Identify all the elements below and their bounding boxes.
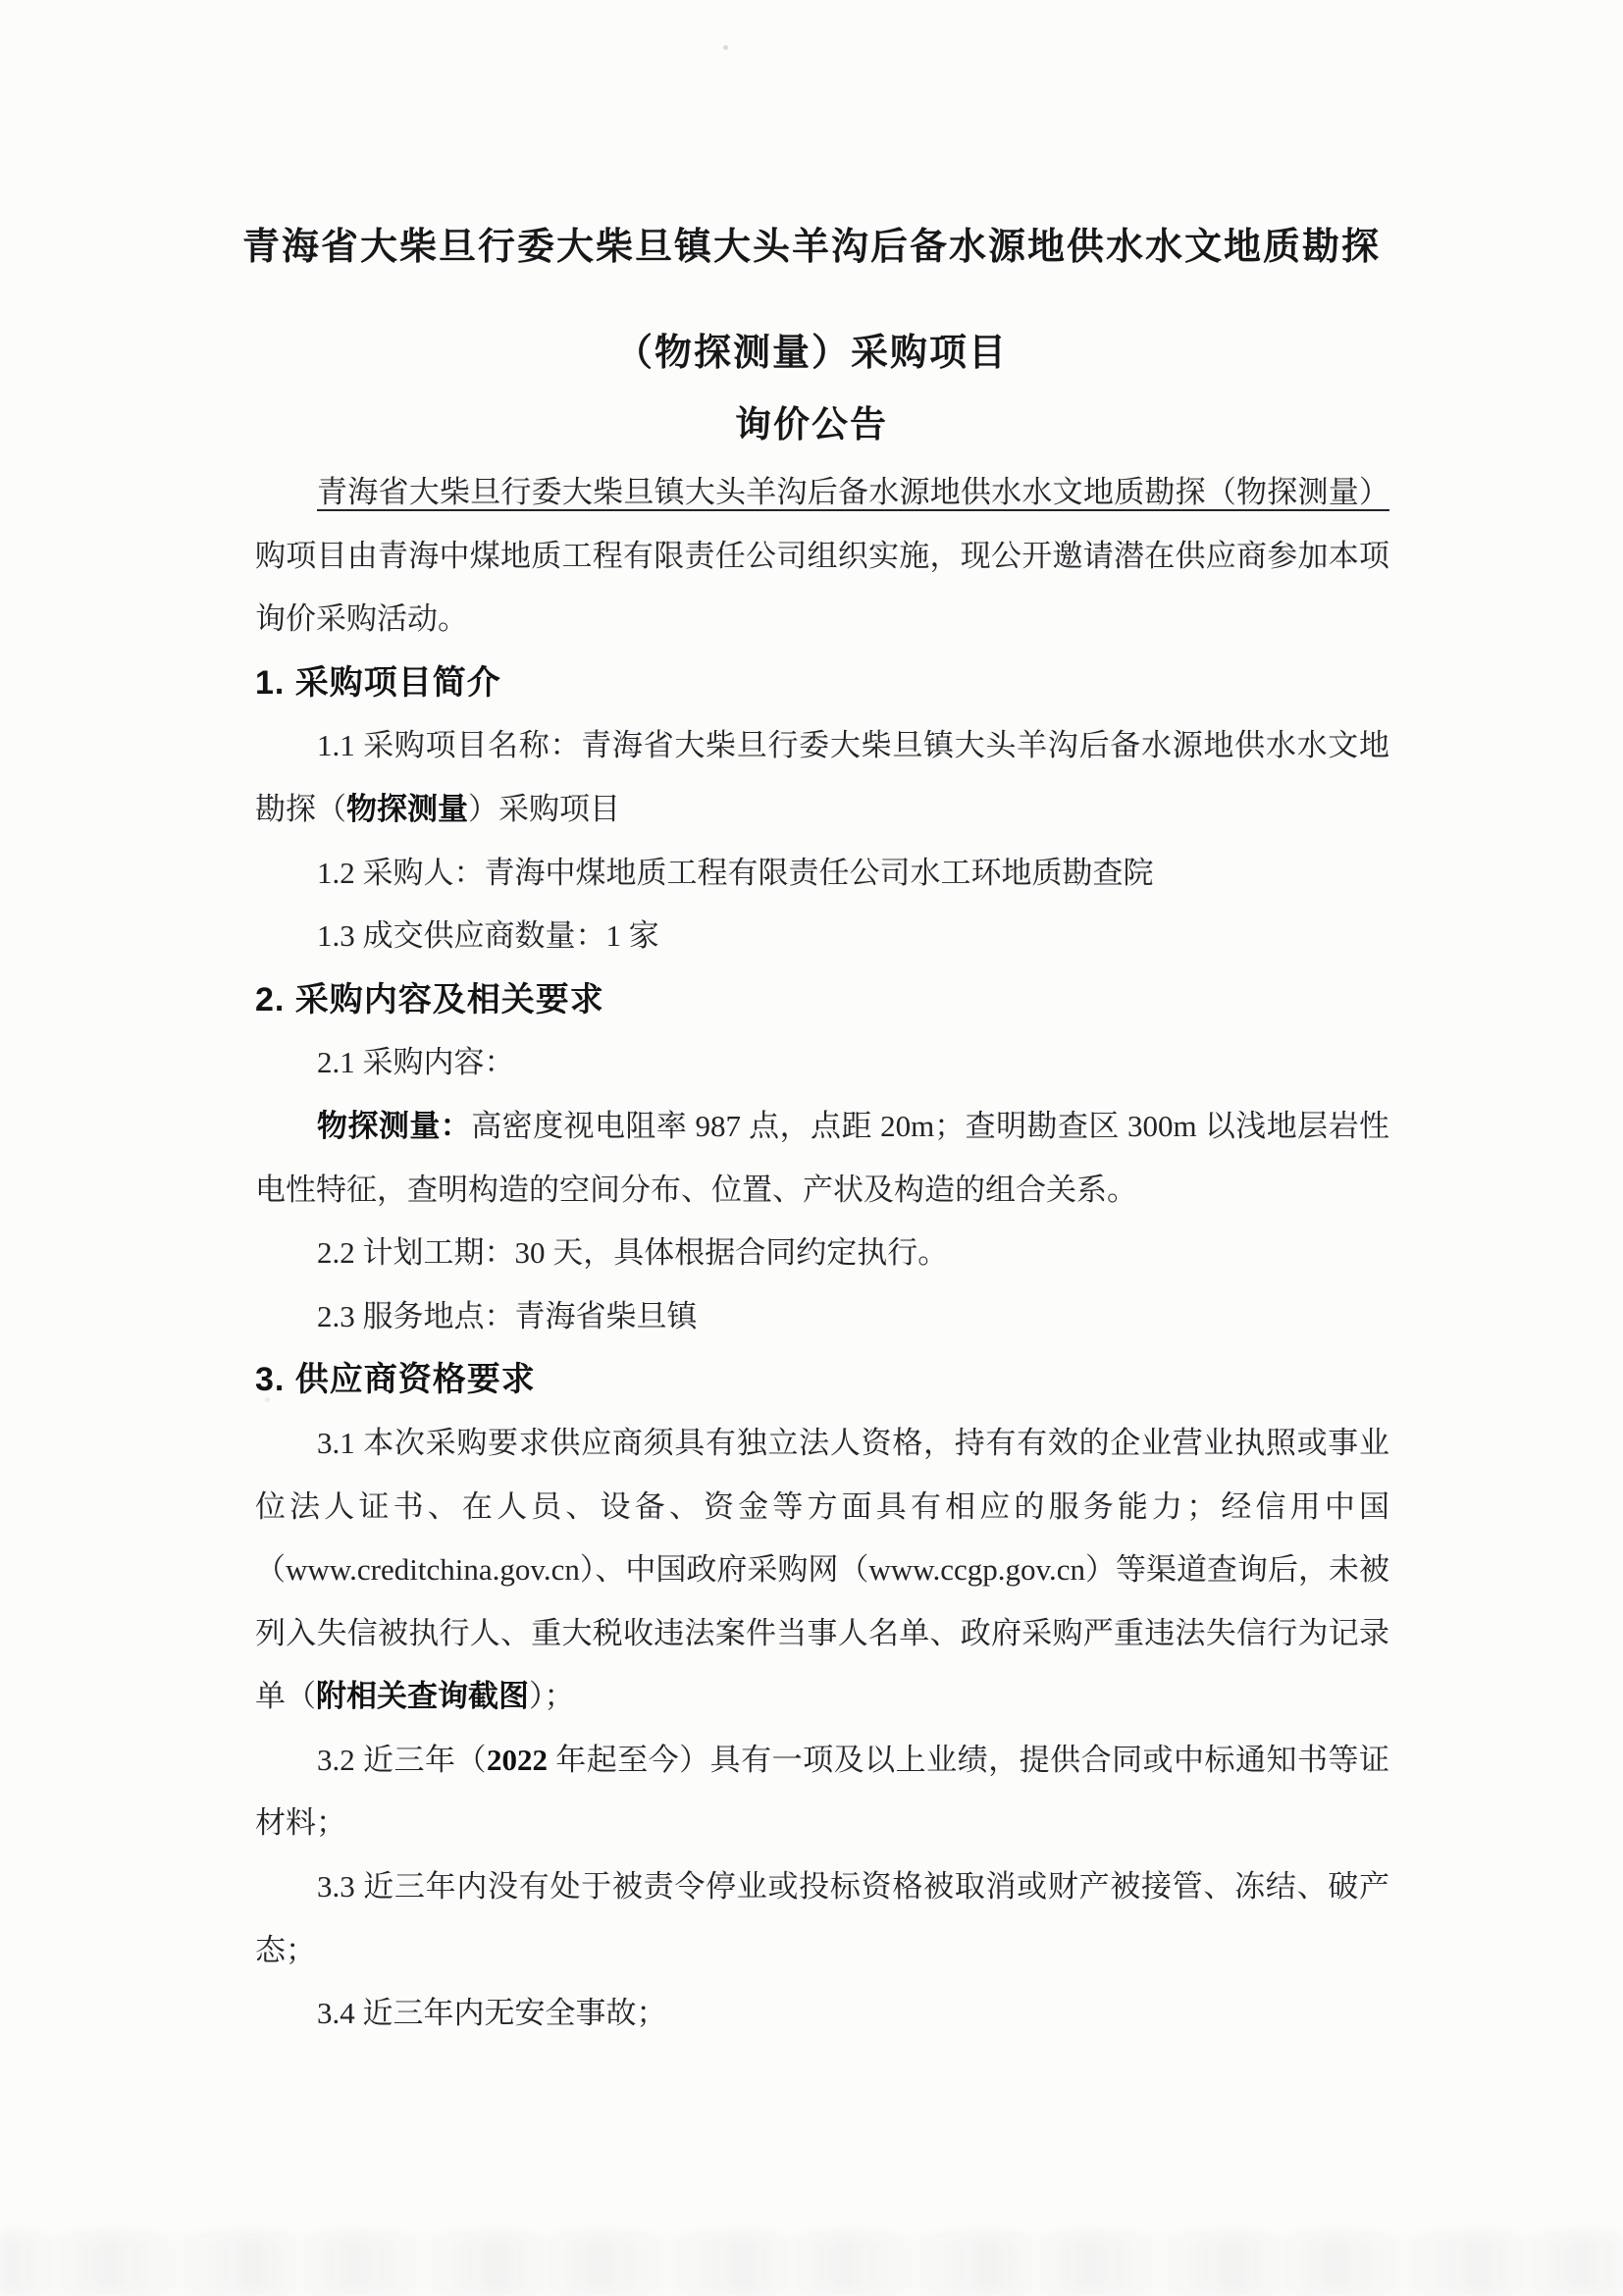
text-line: 1.2 采购人：青海中煤地质工程有限责任公司水工环地质勘查院	[255, 842, 1389, 906]
text-line: 2.3 服务地点：青海省柴旦镇	[255, 1285, 1389, 1349]
text-line: 位法人证书、在人员、设备、资金等方面具有相应的服务能力；经信用中国	[255, 1476, 1389, 1539]
text-segment: ）采购项目	[468, 792, 620, 826]
text-segment: 3.3 近三年内没有处于被责令停业或投标资格被取消或财产被接管、冻结、破产状	[255, 1869, 1389, 1919]
text-segment: 列入失信被执行人、重大税收违法案件当事人名单、政府采购严重违法失信行为记录名	[255, 1616, 1389, 1666]
text-line: （www.creditchina.gov.cn）、中国政府采购网（www.ccg…	[255, 1539, 1389, 1602]
section-heading: 3. 供应商资格要求	[255, 1348, 1389, 1412]
notice-type-heading: 询价公告	[0, 394, 1623, 447]
text-line: 电性特征，查明构造的空间分布、位置、产状及构造的组合关系。	[255, 1159, 1389, 1223]
document-title-line2: （物探测量）采购项目	[0, 322, 1623, 376]
text-line: 2.1 采购内容：	[255, 1031, 1389, 1095]
text-line: 物探测量：高密度视电阻率 987 点，点距 20m；查明勘查区 300m 以浅地…	[255, 1095, 1389, 1159]
text-line: 3.4 近三年内无安全事故；	[255, 1982, 1389, 2046]
text-segment: ）；	[529, 1679, 575, 1713]
text-line: 3.3 近三年内没有处于被责令停业或投标资格被取消或财产被接管、冻结、破产状	[255, 1855, 1389, 1919]
text-segment: 态；	[255, 1933, 316, 1967]
text-line: 3.1 本次采购要求供应商须具有独立法人资格，持有有效的企业营业执照或事业单	[255, 1412, 1389, 1476]
text-line: 1.1 采购项目名称：青海省大柴旦行委大柴旦镇大头羊沟后备水源地供水水文地质	[255, 714, 1389, 778]
document-body: 青海省大柴旦行委大柴旦镇大头羊沟后备水源地供水水文地质勘探（物探测量）采购项目由…	[255, 461, 1389, 2046]
text-segment: 勘探（	[255, 792, 346, 826]
document-title-line1: 青海省大柴旦行委大柴旦镇大头羊沟后备水源地供水水文地质勘探	[0, 216, 1623, 270]
text-segment: 位法人证书、在人员、设备、资金等方面具有相应的服务能力；经信用中国	[255, 1489, 1389, 1524]
text-segment: 3.1 本次采购要求供应商须具有独立法人资格，持有有效的企业营业执照或事业单	[255, 1426, 1389, 1476]
text-segment: 1. 采购项目简介	[255, 664, 501, 702]
section-heading: 2. 采购内容及相关要求	[255, 968, 1389, 1032]
text-segment: （www.creditchina.gov.cn）、中国政府采购网（www.ccg…	[255, 1552, 1389, 1587]
text-line: 态；	[255, 1919, 1389, 1983]
text-segment: 购项目由青海中煤地质工程有限责任公司组织实施，现公开邀请潜在供应商参加本项目	[255, 539, 1389, 589]
text-line: 勘探（物探测量）采购项目	[255, 778, 1389, 842]
text-segment: 3.4 近三年内无安全事故；	[317, 1996, 667, 2030]
text-segment: 1.1 采购项目名称：青海省大柴旦行委大柴旦镇大头羊沟后备水源地供水水文地质	[255, 728, 1389, 778]
scanned-document-page: 青海省大柴旦行委大柴旦镇大头羊沟后备水源地供水水文地质勘探 （物探测量）采购项目…	[0, 0, 1623, 2296]
text-line: 3.2 近三年（2022 年起至今）具有一项及以上业绩，提供合同或中标通知书等证…	[255, 1729, 1389, 1793]
text-segment: 物探测量：	[317, 1109, 471, 1143]
text-segment: 电性特征，查明构造的空间分布、位置、产状及构造的组合关系。	[255, 1173, 1137, 1207]
text-line: 询价采购活动。	[255, 588, 1389, 652]
text-segment: 单（	[255, 1679, 316, 1713]
text-line: 2.2 计划工期：30 天，具体根据合同约定执行。	[255, 1222, 1389, 1285]
text-line: 1.3 成交供应商数量：1 家	[255, 905, 1389, 968]
text-line: 购项目由青海中煤地质工程有限责任公司组织实施，现公开邀请潜在供应商参加本项目	[255, 525, 1389, 589]
text-segment: 青海省大柴旦行委大柴旦镇大头羊沟后备水源地供水水文地质勘探（物探测量）	[317, 475, 1389, 509]
text-segment: 3.2 近三年（	[317, 1743, 487, 1777]
text-segment: 2.3 服务地点：青海省柴旦镇	[317, 1299, 698, 1333]
scan-artifact-band	[0, 2233, 1623, 2296]
text-line: 列入失信被执行人、重大税收违法案件当事人名单、政府采购严重违法失信行为记录名	[255, 1602, 1389, 1666]
text-segment: 材料；	[255, 1805, 346, 1840]
text-segment: 2022	[487, 1743, 548, 1777]
text-segment: 3. 供应商资格要求	[255, 1361, 536, 1398]
text-line: 青海省大柴旦行委大柴旦镇大头羊沟后备水源地供水水文地质勘探（物探测量）采	[255, 461, 1389, 525]
text-segment: 2.2 计划工期：30 天，具体根据合同约定执行。	[317, 1235, 948, 1270]
text-segment: 2. 采购内容及相关要求	[255, 981, 604, 1018]
text-segment: 1.3 成交供应商数量：1 家	[317, 918, 659, 953]
scan-speck	[723, 45, 728, 50]
text-line: 材料；	[255, 1792, 1389, 1855]
text-line: 单（附相关查询截图）；	[255, 1665, 1389, 1729]
text-segment: 物探测量	[346, 792, 468, 826]
text-segment: 询价采购活动。	[255, 601, 468, 636]
scan-speck	[265, 1397, 270, 1402]
text-segment: 2.1 采购内容：	[317, 1045, 515, 1079]
text-segment: 1.2 采购人：青海中煤地质工程有限责任公司水工环地质勘查院	[317, 856, 1154, 890]
section-heading: 1. 采购项目简介	[255, 652, 1389, 715]
text-segment: 附相关查询截图	[316, 1679, 529, 1713]
